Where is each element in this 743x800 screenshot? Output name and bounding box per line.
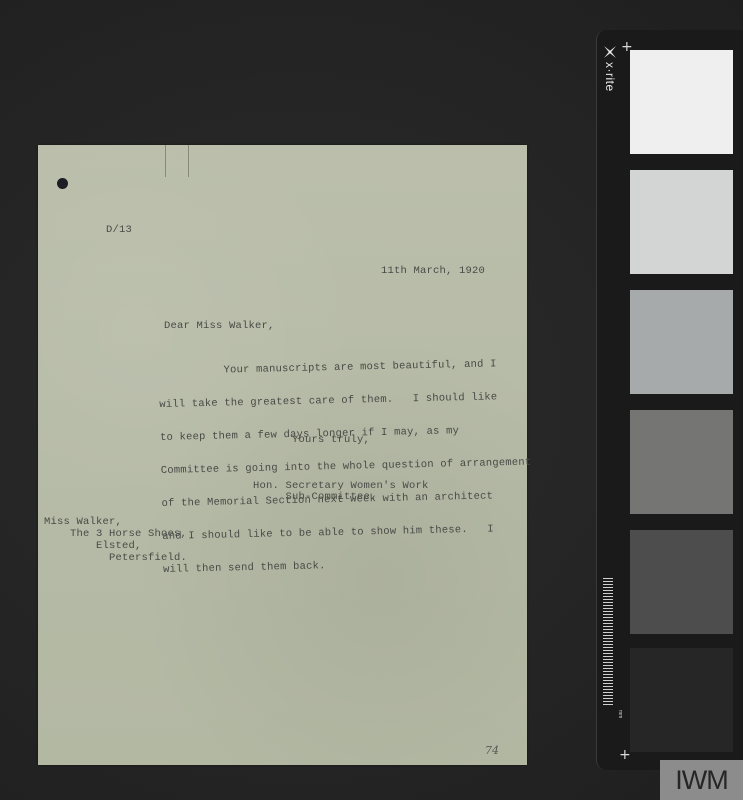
color-checker-card: x·rite + mm + <box>596 30 743 770</box>
fold-mark <box>165 145 166 177</box>
closing: Yours truly, <box>292 435 370 446</box>
mm-ruler <box>603 578 613 706</box>
letter-date: 11th March, 1920 <box>381 266 485 277</box>
reference-number: D/13 <box>106 225 132 236</box>
gray-patch-4 <box>630 410 733 514</box>
gray-patch-3 <box>630 290 733 394</box>
ruler-unit-label: mm <box>617 710 623 718</box>
crosshair-icon: + <box>619 748 631 762</box>
signature-line: Sub-Committee. <box>253 492 377 503</box>
iwm-watermark: IWM <box>660 760 743 800</box>
recipient-line: Miss Walker, <box>44 517 122 528</box>
recipient-line: Elsted, <box>44 541 142 552</box>
body-line: Your manuscripts are most beautiful, and… <box>158 359 529 378</box>
body-line: will then send them back. <box>163 557 534 576</box>
xrite-brand: x·rite <box>601 44 621 104</box>
brand-label: x·rite <box>603 62 617 92</box>
body-line: will take the greatest care of them. I s… <box>159 392 530 411</box>
fold-mark <box>188 145 189 177</box>
gray-patch-6 <box>630 648 733 752</box>
body-line: and I should like to be able to show him… <box>162 524 533 543</box>
salutation: Dear Miss Walker, <box>164 321 275 332</box>
gray-patch-1 <box>630 50 733 154</box>
punch-hole <box>57 178 68 189</box>
recipient-line: Petersfield. <box>44 553 187 564</box>
recipient-line: The 3 Horse Shoes, <box>44 529 187 540</box>
letter-page: D/13 11th March, 1920 Dear Miss Walker, … <box>38 145 527 765</box>
xrite-logo-icon <box>604 46 616 58</box>
gray-patch-5 <box>630 530 733 634</box>
letter-body: Your manuscripts are most beautiful, and… <box>158 337 534 598</box>
page-number: 74 <box>485 744 499 757</box>
body-line: Committee is going into the whole questi… <box>161 458 532 477</box>
gray-patch-2 <box>630 170 733 274</box>
